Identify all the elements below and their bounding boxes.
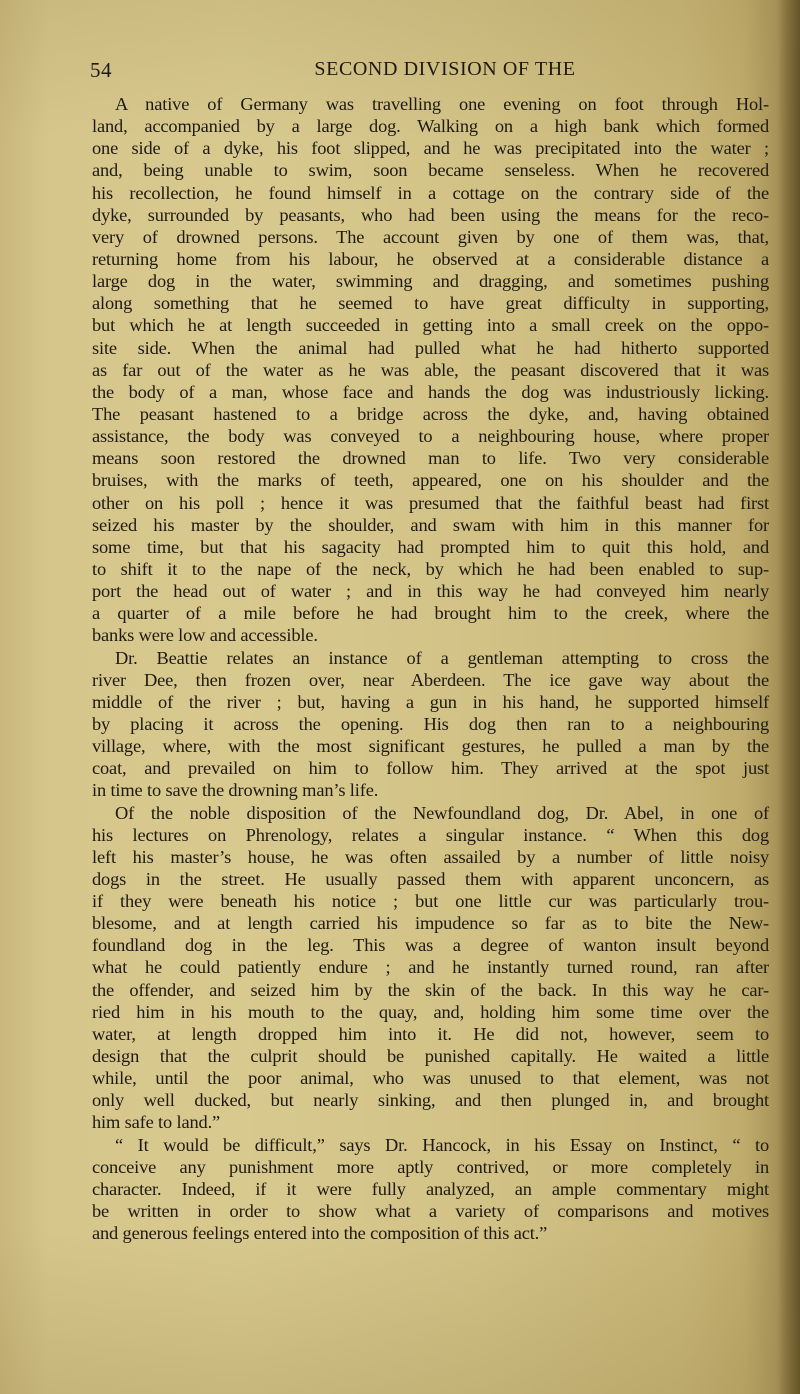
text-line: his recollection, he found himself in a … bbox=[92, 182, 769, 204]
text-line: middle of the river ; but, having a gun … bbox=[92, 691, 769, 713]
book-gutter-shadow bbox=[778, 0, 800, 1394]
text-line: coat, and prevailed on him to follow him… bbox=[92, 757, 769, 779]
running-head-title: SECOND DIVISION OF THE bbox=[90, 58, 770, 81]
text-line: assistance, the body was conveyed to a n… bbox=[92, 425, 769, 447]
text-line: port the head out of water ; and in this… bbox=[92, 580, 769, 602]
text-line: along something that he seemed to have g… bbox=[92, 292, 769, 314]
text-line: conceive any punishment more aptly contr… bbox=[92, 1156, 769, 1178]
text-line: as far out of the water as he was able, … bbox=[92, 359, 769, 381]
text-line: design that the culprit should be punish… bbox=[92, 1045, 769, 1067]
text-line: dyke, surrounded by peasants, who had be… bbox=[92, 204, 769, 226]
text-line: Dr. Beattie relates an instance of a gen… bbox=[92, 647, 769, 669]
text-line: banks were low and accessible. bbox=[92, 624, 769, 646]
text-line: water, at length dropped him into it. He… bbox=[92, 1023, 769, 1045]
text-line: A native of Germany was travelling one e… bbox=[92, 93, 769, 115]
text-line: “ It would be difficult,” says Dr. Hanco… bbox=[92, 1134, 769, 1156]
text-line: river Dee, then frozen over, near Aberde… bbox=[92, 669, 769, 691]
text-line: site side. When the animal had pulled wh… bbox=[92, 337, 769, 359]
text-line: village, where, with the most significan… bbox=[92, 735, 769, 757]
text-line: other on his poll ; hence it was presume… bbox=[92, 492, 769, 514]
text-line: dogs in the street. He usually passed th… bbox=[92, 868, 769, 890]
text-line: him safe to land.” bbox=[92, 1111, 769, 1133]
text-line: blesome, and at length carried his impud… bbox=[92, 912, 769, 934]
text-line: seized his master by the shoulder, and s… bbox=[92, 514, 769, 536]
text-line: the offender, and seized him by the skin… bbox=[92, 979, 769, 1001]
text-line: what he could patiently endure ; and he … bbox=[92, 956, 769, 978]
text-line: and generous feelings entered into the c… bbox=[92, 1222, 769, 1244]
text-line: left his master’s house, he was often as… bbox=[92, 846, 769, 868]
text-line: very of drowned persons. The account giv… bbox=[92, 226, 769, 248]
text-line: the body of a man, whose face and hands … bbox=[92, 381, 769, 403]
text-line: returning home from his labour, he obser… bbox=[92, 248, 769, 270]
text-line: large dog in the water, swimming and dra… bbox=[92, 270, 769, 292]
body-text: A native of Germany was travelling one e… bbox=[92, 93, 769, 1244]
text-line: but which he at length succeeded in gett… bbox=[92, 314, 769, 336]
text-line: land, accompanied by a large dog. Walkin… bbox=[92, 115, 769, 137]
text-line: character. Indeed, if it were fully anal… bbox=[92, 1178, 769, 1200]
text-line: means soon restored the drowned man to l… bbox=[92, 447, 769, 469]
text-line: foundland dog in the leg. This was a deg… bbox=[92, 934, 769, 956]
text-line: The peasant hastened to a bridge across … bbox=[92, 403, 769, 425]
text-line: to shift it to the nape of the neck, by … bbox=[92, 558, 769, 580]
text-line: in time to save the drowning man’s life. bbox=[92, 779, 769, 801]
text-line: some time, but that his sagacity had pro… bbox=[92, 536, 769, 558]
text-line: a quarter of a mile before he had brough… bbox=[92, 602, 769, 624]
text-line: only well ducked, but nearly sinking, an… bbox=[92, 1089, 769, 1111]
text-line: ried him in his mouth to the quay, and, … bbox=[92, 1001, 769, 1023]
text-line: be written in order to show what a varie… bbox=[92, 1200, 769, 1222]
text-line: while, until the poor animal, who was un… bbox=[92, 1067, 769, 1089]
text-line: and, being unable to swim, soon became s… bbox=[92, 159, 769, 181]
text-line: by placing it across the opening. His do… bbox=[92, 713, 769, 735]
text-line: his lectures on Phrenology, relates a si… bbox=[92, 824, 769, 846]
running-head: 54 SECOND DIVISION OF THE bbox=[90, 58, 770, 86]
text-line: bruises, with the marks of teeth, appear… bbox=[92, 469, 769, 491]
text-line: if they were beneath his notice ; but on… bbox=[92, 890, 769, 912]
text-line: Of the noble disposition of the Newfound… bbox=[92, 802, 769, 824]
text-line: one side of a dyke, his foot slipped, an… bbox=[92, 137, 769, 159]
